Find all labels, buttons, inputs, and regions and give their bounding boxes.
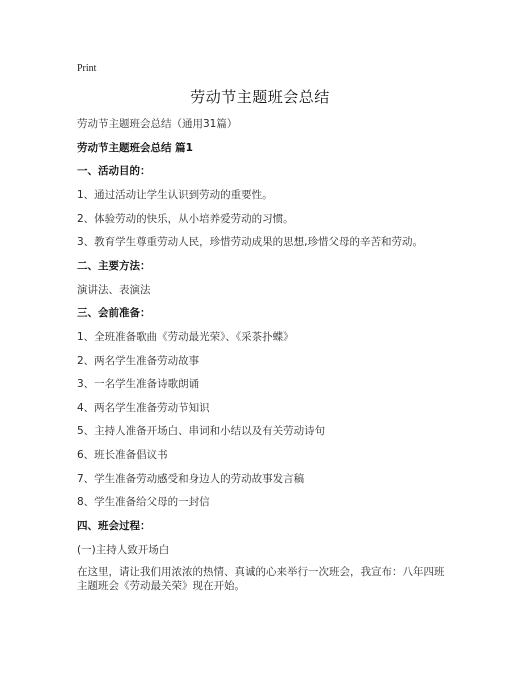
list-item: 演讲法、表演法 — [77, 283, 151, 297]
list-item: 8、学生准备给父母的一封信 — [77, 495, 210, 509]
list-item: (一)主持人致开场白 — [77, 543, 169, 557]
section-heading-process: 四、班会过程： — [77, 519, 151, 533]
page-title: 劳动节主题班会总结 — [0, 87, 520, 107]
list-item: 5、主持人准备开场白、串词和小结以及有关劳动诗句 — [77, 424, 325, 438]
print-label: Print — [77, 63, 96, 75]
section-heading-methods: 二、主要方法： — [77, 259, 151, 273]
section-heading-purpose: 一、活动目的： — [77, 164, 151, 178]
list-item: 3、教育学生尊重劳动人民，珍惜劳动成果的思想,珍惜父母的辛苦和劳动。 — [77, 235, 423, 249]
list-item: 2、体验劳动的快乐，从小培养爱劳动的习惯。 — [77, 212, 294, 226]
list-item: 1、通过活动让学生认识到劳动的重要性。 — [77, 188, 273, 202]
document-subtitle: 劳动节主题班会总结（通用31篇） — [77, 117, 237, 131]
list-item: 3、一名学生准备诗歌朗诵 — [77, 377, 199, 391]
list-item: 2、两名学生准备劳动故事 — [77, 354, 199, 368]
list-item: 4、两名学生准备劳动节知识 — [77, 401, 210, 415]
list-item: 1、全班准备歌曲《劳动最光荣》、《采茶扑蝶》 — [77, 330, 294, 344]
list-item: 6、班长准备倡议书 — [77, 448, 168, 462]
list-item: 7、学生准备劳动感受和身边人的劳动故事发言稿 — [77, 472, 304, 486]
section-title: 劳动节主题班会总结 篇1 — [77, 141, 193, 155]
section-heading-preparation: 三、会前准备： — [77, 306, 151, 320]
body-paragraph: 在这里，请让我们用浓浓的热情、真诚的心来举行一次班会，我宣布：八年四班主题班会《… — [77, 565, 447, 593]
